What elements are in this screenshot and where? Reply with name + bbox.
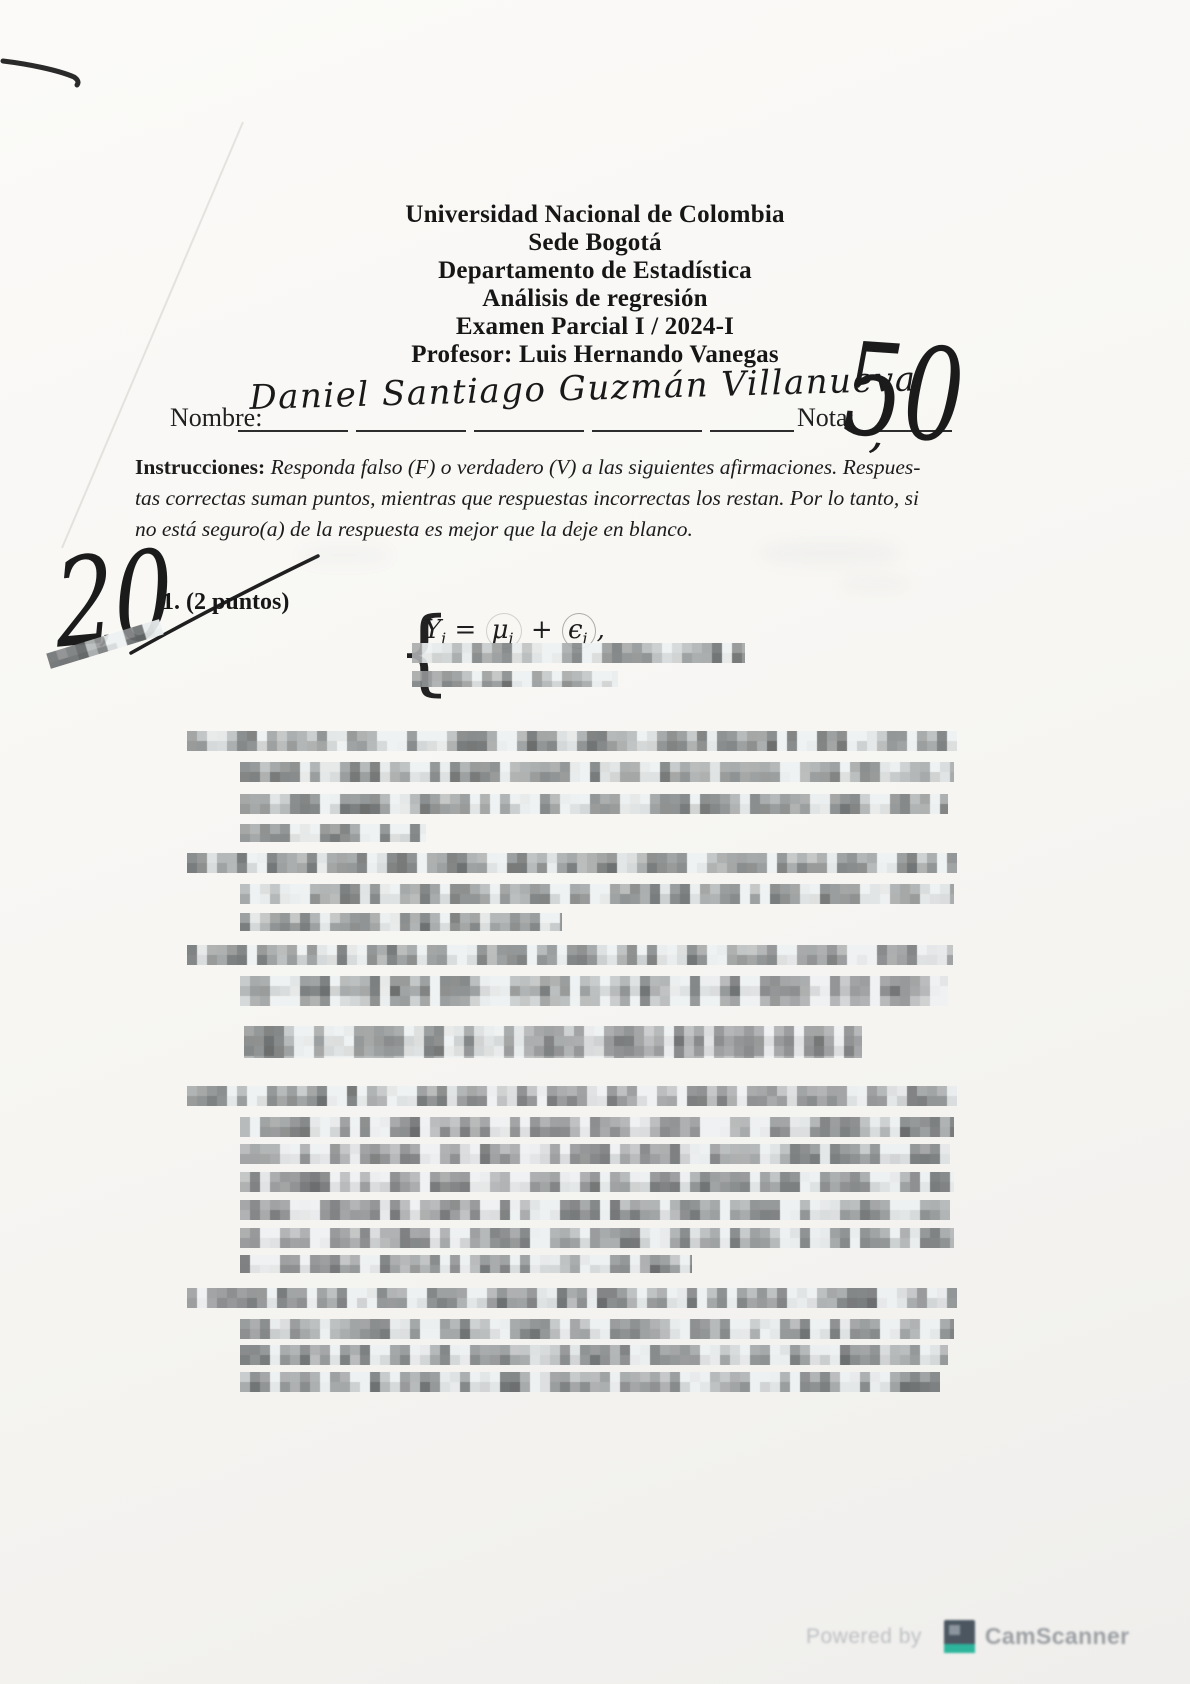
equation-line-illegible bbox=[412, 671, 618, 687]
question-number: 1. bbox=[162, 589, 180, 615]
illegible-pixelated-line bbox=[240, 1144, 950, 1164]
camscanner-watermark: Powered by CamScanner bbox=[806, 1620, 1130, 1653]
illegible-pixelated-line bbox=[240, 1172, 954, 1192]
camscanner-logo-icon bbox=[944, 1620, 975, 1653]
illegible-pixelated-line bbox=[240, 824, 426, 842]
exam-title: Examen Parcial I / 2024-I bbox=[0, 313, 1190, 341]
eq-mu: μ bbox=[492, 615, 509, 645]
university-name: Universidad Nacional de Colombia bbox=[0, 201, 1190, 229]
eq-comma: , bbox=[597, 615, 605, 645]
illegible-pixelated-line bbox=[240, 1372, 940, 1392]
powered-by-text: Powered by bbox=[806, 1625, 922, 1649]
professor-name: Profesor: Luis Hernando Vanegas bbox=[0, 341, 1190, 369]
equation-line-illegible bbox=[412, 643, 745, 663]
illegible-pixelated-line bbox=[240, 1117, 954, 1137]
eq-equals: = bbox=[446, 615, 484, 645]
scanned-exam-page: Universidad Nacional de Colombia Sede Bo… bbox=[0, 0, 1190, 1684]
eq-epsilon: ϵ bbox=[568, 615, 583, 645]
illegible-pixelated-line bbox=[187, 1288, 957, 1308]
eq-Y: Y bbox=[424, 615, 441, 645]
instructions-line: Instrucciones: Responda falso (F) o verd… bbox=[135, 452, 975, 483]
instructions-paragraph: Instrucciones: Responda falso (F) o verd… bbox=[135, 452, 975, 545]
illegible-pixelated-line bbox=[240, 1255, 692, 1273]
instructions-label: Instrucciones: bbox=[135, 455, 265, 479]
instructions-line: tas correctas suman puntos, mientras que… bbox=[135, 483, 975, 514]
question-1-heading: 1.(2 puntos) bbox=[162, 589, 295, 616]
name-underline bbox=[238, 430, 794, 432]
eq-plus: + bbox=[523, 615, 561, 645]
document-header: Universidad Nacional de Colombia Sede Bo… bbox=[0, 201, 1190, 369]
illegible-pixelated-line bbox=[240, 1345, 948, 1365]
bleed-through-smudge bbox=[760, 540, 900, 566]
pen-stroke-icon bbox=[3, 61, 78, 85]
illegible-pixelated-line bbox=[240, 762, 954, 782]
bleed-through-smudge bbox=[300, 545, 390, 565]
question-points: (2 puntos) bbox=[186, 589, 289, 615]
illegible-pixelated-line bbox=[240, 1228, 954, 1248]
illegible-pixelated-line bbox=[244, 1026, 862, 1058]
illegible-pixelated-line bbox=[187, 945, 953, 965]
camscanner-brand-text: CamScanner bbox=[985, 1623, 1130, 1650]
handwritten-grade: 50 bbox=[841, 326, 966, 462]
illegible-pixelated-line bbox=[240, 1319, 954, 1339]
name-label: Nombre: bbox=[170, 403, 262, 433]
camera-lens-icon bbox=[949, 1625, 960, 1635]
illegible-pixelated-line bbox=[240, 913, 562, 931]
department-name: Departamento de Estadística bbox=[0, 257, 1190, 285]
logo-teal-bar bbox=[944, 1644, 975, 1653]
bleed-through-smudge bbox=[840, 575, 910, 593]
campus-name: Sede Bogotá bbox=[0, 229, 1190, 257]
illegible-pixelated-line bbox=[240, 1200, 950, 1220]
illegible-pixelated-line bbox=[187, 853, 957, 873]
illegible-pixelated-line bbox=[187, 1086, 957, 1106]
illegible-pixelated-line bbox=[240, 794, 948, 814]
illegible-pixelated-line bbox=[187, 731, 957, 751]
course-name: Análisis de regresión bbox=[0, 285, 1190, 313]
illegible-pixelated-line bbox=[240, 884, 954, 904]
illegible-pixelated-line bbox=[240, 976, 948, 1006]
